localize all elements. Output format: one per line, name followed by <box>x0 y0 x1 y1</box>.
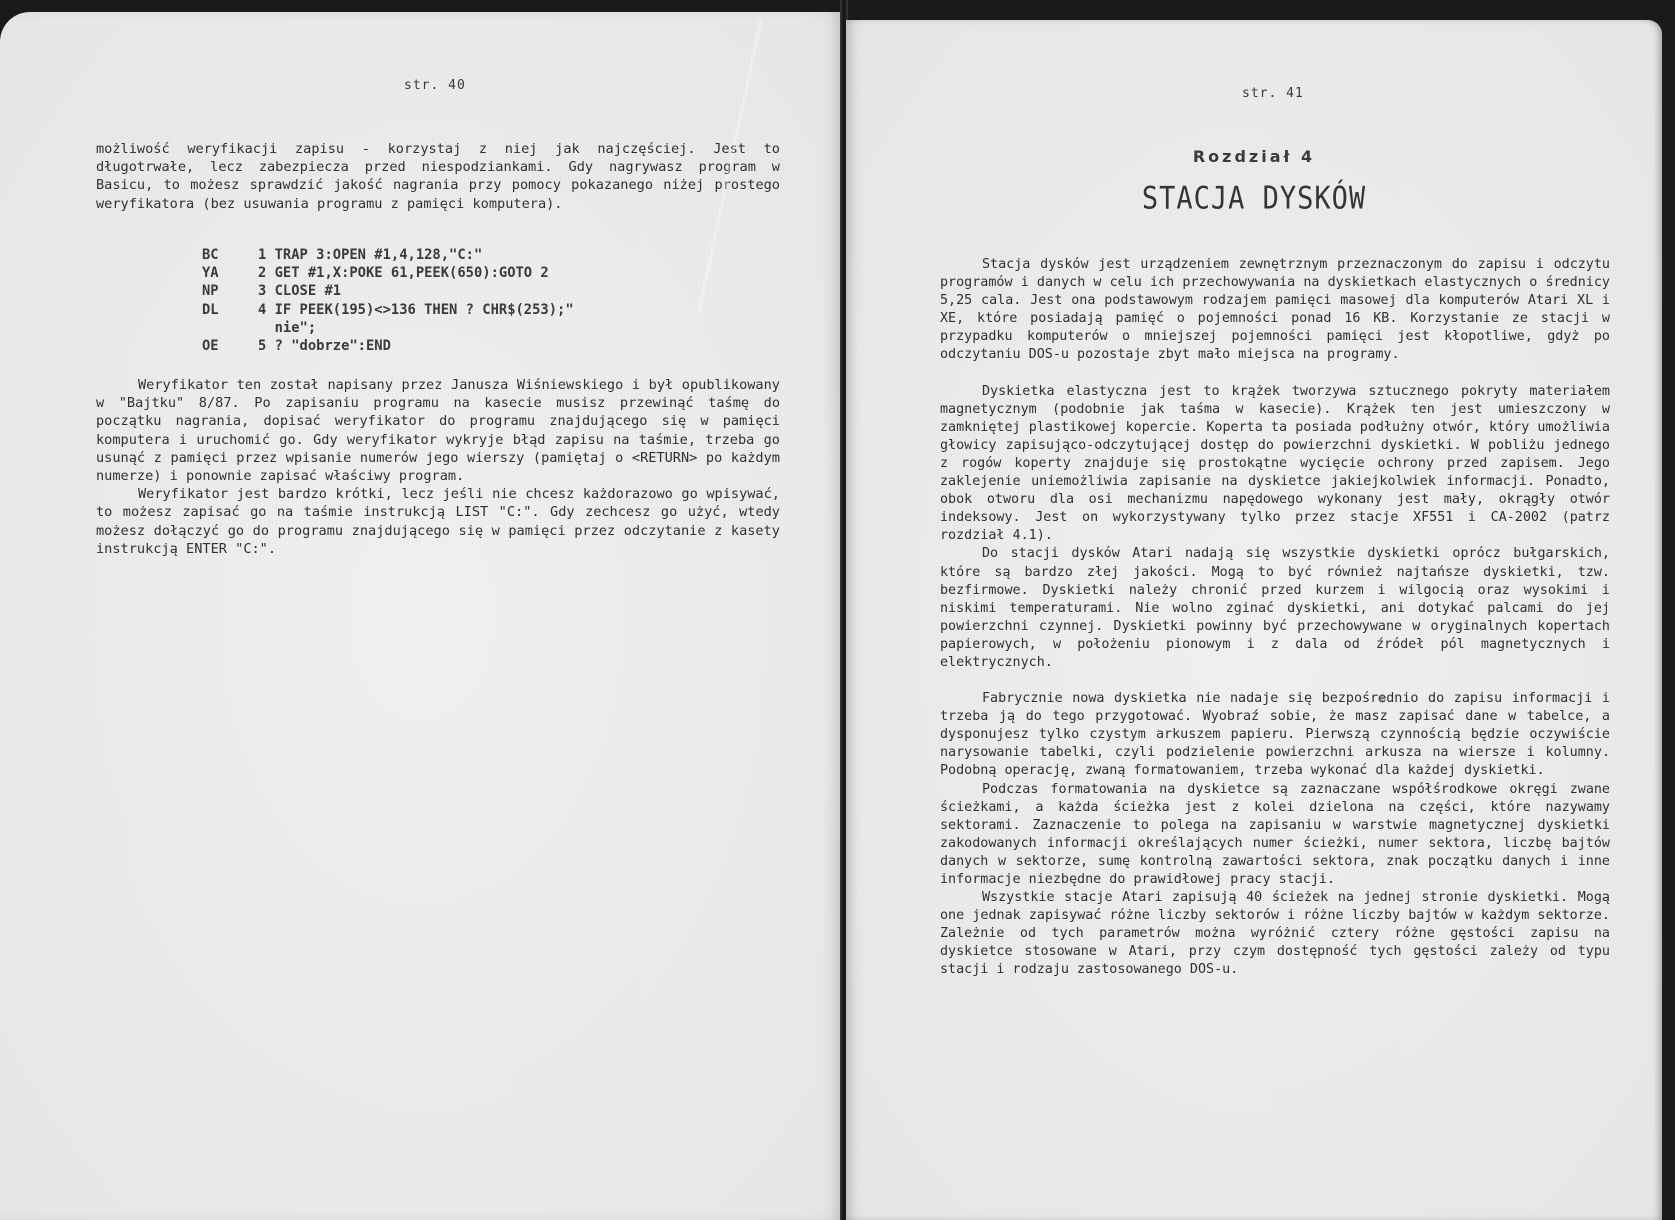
page-number-left: str. 40 <box>404 78 466 93</box>
line-checksum: NP <box>202 282 258 300</box>
body-paragraph: Stacja dysków jest urządzeniem zewnętrzn… <box>940 256 1610 365</box>
body-paragraph: Podczas formatowania na dyskietce są zaz… <box>940 781 1610 890</box>
code-line: NP3 CLOSE #1 <box>202 282 574 300</box>
line-code: 5 ? "dobrze":END <box>258 337 391 355</box>
line-code: 2 GET #1,X:POKE 61,PEEK(650):GOTO 2 <box>258 264 549 282</box>
code-line: YA2 GET #1,X:POKE 61,PEEK(650):GOTO 2 <box>202 264 574 282</box>
right-page: str. 41 Rozdział 4 STACJA DYSKÓW Stacja … <box>846 20 1662 1220</box>
left-page: str. 40 możliwość weryfikacji zapisu - k… <box>0 12 844 1220</box>
left-body: Weryfikator ten został napisany przez Ja… <box>96 376 780 558</box>
left-intro-paragraph: możliwość weryfikacji zapisu - korzystaj… <box>96 140 780 213</box>
body-paragraph: Do stacji dysków Atari nadają się wszyst… <box>940 545 1610 672</box>
page-number-right: str. 41 <box>1242 86 1304 101</box>
code-line: nie"; <box>202 319 574 337</box>
paragraph-verifier-origin: Weryfikator ten został napisany przez Ja… <box>96 376 780 485</box>
code-line: DL4 IF PEEK(195)<>136 THEN ? CHR$(253);" <box>202 301 574 319</box>
paragraph-verifier-usage: Weryfikator jest bardzo krótki, lecz jeś… <box>96 485 780 558</box>
chapter-title: STACJA DYSKÓW <box>846 181 1662 217</box>
chapter-label: Rozdział 4 <box>846 147 1662 166</box>
line-code: 1 TRAP 3:OPEN #1,4,128,"C:" <box>258 246 482 264</box>
line-checksum: OE <box>202 337 258 355</box>
code-line: OE5 ? "dobrze":END <box>202 337 574 355</box>
line-code: 3 CLOSE #1 <box>258 282 341 300</box>
code-line: BC1 TRAP 3:OPEN #1,4,128,"C:" <box>202 246 574 264</box>
line-checksum: YA <box>202 264 258 282</box>
body-paragraph: Fabrycznie nowa dyskietka nie nadaje się… <box>940 690 1610 780</box>
body-paragraph: Wszystkie stacje Atari zapisują 40 ścież… <box>940 889 1610 979</box>
intro-text: możliwość weryfikacji zapisu - korzystaj… <box>96 140 780 213</box>
right-body: Stacja dysków jest urządzeniem zewnętrzn… <box>940 256 1610 980</box>
line-checksum: BC <box>202 246 258 264</box>
line-code: nie"; <box>258 319 316 337</box>
line-checksum <box>202 319 258 337</box>
line-code: 4 IF PEEK(195)<>136 THEN ? CHR$(253);" <box>258 301 574 319</box>
line-checksum: DL <box>202 301 258 319</box>
basic-code-listing: BC1 TRAP 3:OPEN #1,4,128,"C:"YA2 GET #1,… <box>202 246 574 355</box>
paper-speck <box>1378 695 1386 703</box>
body-paragraph: Dyskietka elastyczna jest to krążek twor… <box>940 383 1610 546</box>
